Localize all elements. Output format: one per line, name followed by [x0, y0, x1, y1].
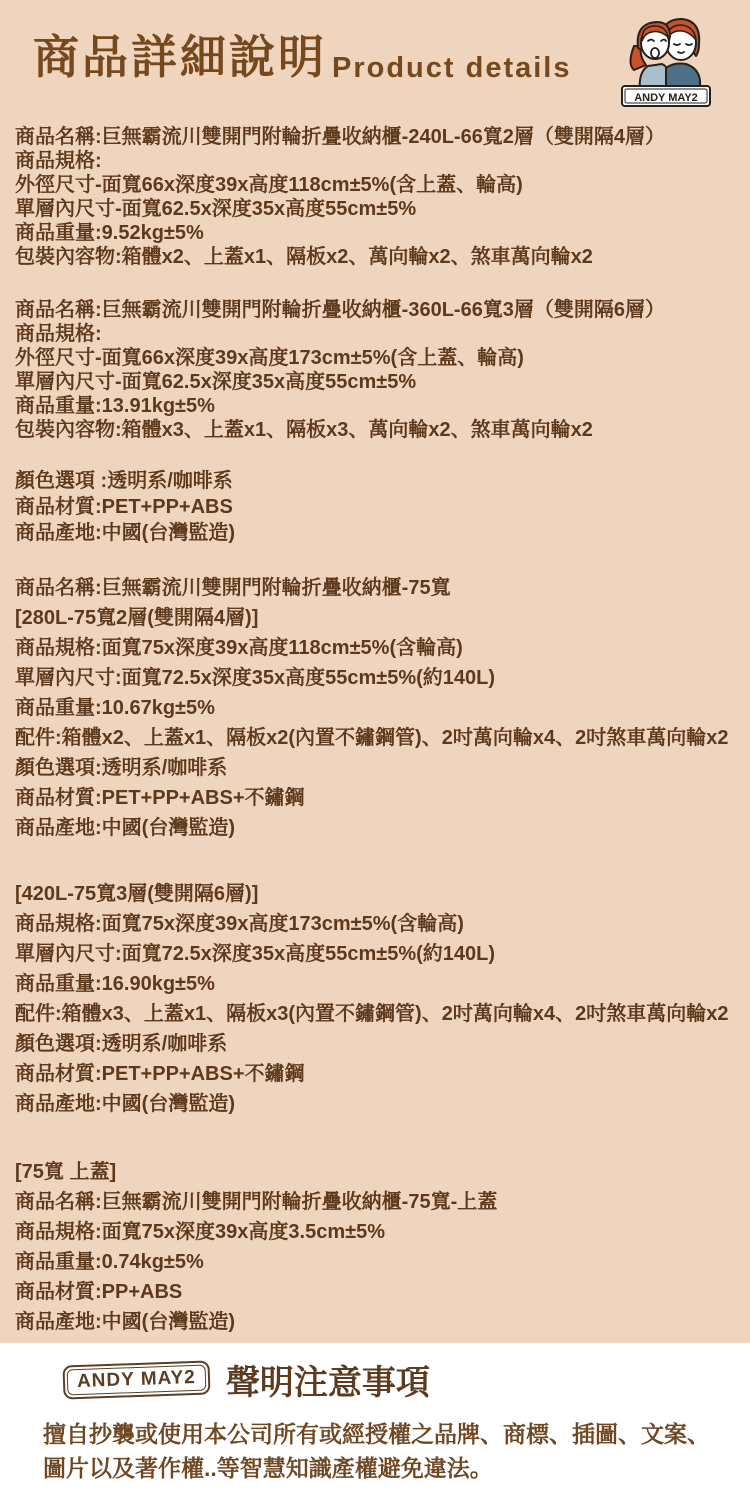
page-subtitle: Product details: [332, 52, 572, 85]
brand-badge: ANDY MAY2: [622, 86, 710, 106]
spec-line: 顏色選項:透明系/咖啡系: [15, 1029, 735, 1059]
product-block-75w-280l: 商品名稱:巨無霸流川雙開門附輪折疊收納櫃-75寬 [280L-75寬2層(雙開隔…: [15, 573, 735, 843]
spec-line: [280L-75寬2層(雙開隔4層)]: [15, 603, 735, 633]
product-block-75w-420l: [420L-75寬3層(雙開隔6層)] 商品規格:面寬75x深度39x高度173…: [15, 879, 735, 1119]
spec-line: 商品重量:10.67kg±5%: [15, 693, 735, 723]
spec-line: 商品重量:9.52kg±5%: [15, 221, 735, 245]
notice-heading: 聲明注意事項: [226, 1355, 430, 1404]
spec-line: 顏色選項:透明系/咖啡系: [15, 753, 735, 783]
spec-line: 單層內尺寸:面寬72.5x深度35x高度55cm±5%(約140L): [15, 663, 735, 693]
spec-line: 顏色選項 :透明系/咖啡系: [15, 468, 735, 494]
spec-line: [420L-75寬3層(雙開隔6層)]: [15, 879, 735, 909]
spec-line: 商品重量:16.90kg±5%: [15, 969, 735, 999]
spec-line: 單層內尺寸-面寬62.5x深度35x高度55cm±5%: [15, 370, 735, 394]
notice-line-1: 擅自抄襲或使用本公司所有或經授權之品牌、商標、插圖、文案、: [43, 1421, 710, 1447]
spec-line: 單層內尺寸:面寬72.5x深度35x高度55cm±5%(約140L): [15, 939, 735, 969]
spec-line: 商品材質:PET+PP+ABS+不鏽鋼: [15, 783, 735, 813]
spec-line: 商品產地:中國(台灣監造): [15, 813, 735, 843]
spec-line: 商品名稱:巨無霸流川雙開門附輪折疊收納櫃-360L-66寬3層（雙開隔6層）: [15, 298, 735, 322]
spec-line: 配件:箱體x2、上蓋x1、隔板x2(內置不鏽鋼管)、2吋萬向輪x4、2吋煞車萬向…: [15, 723, 735, 753]
spec-line: 商品規格:面寬75x深度39x高度118cm±5%(含輪高): [15, 633, 735, 663]
spec-line: 商品產地:中國(台灣監造): [15, 520, 735, 546]
spec-line: 商品重量:0.74kg±5%: [15, 1247, 735, 1277]
product-block-360l: 商品名稱:巨無霸流川雙開門附輪折疊收納櫃-360L-66寬3層（雙開隔6層） 商…: [15, 298, 735, 442]
product-block-75w-lid: [75寬 上蓋] 商品名稱:巨無霸流川雙開門附輪折疊收納櫃-75寬-上蓋 商品規…: [15, 1157, 735, 1337]
spec-line: 商品名稱:巨無霸流川雙開門附輪折疊收納櫃-75寬-上蓋: [15, 1187, 735, 1217]
spec-line: 單層內尺寸-面寬62.5x深度35x高度55cm±5%: [15, 197, 735, 221]
page-title: 商品詳細說明: [33, 34, 327, 80]
spec-line: 商品產地:中國(台灣監造): [15, 1089, 735, 1119]
spec-line: 包裝內容物:箱體x3、上蓋x1、隔板x3、萬向輪x2、煞車萬向輪x2: [15, 418, 735, 442]
spec-line: 商品重量:13.91kg±5%: [15, 394, 735, 418]
spec-line: 商品材質:PET+PP+ABS+不鏽鋼: [15, 1059, 735, 1089]
spec-line: [75寬 上蓋]: [15, 1157, 735, 1187]
spec-line: 外徑尺寸-面寬66x深度39x高度118cm±5%(含上蓋、輪高): [15, 173, 735, 197]
product-details-page: 商品詳細說明 Product details: [0, 0, 750, 1497]
spec-line: 配件:箱體x3、上蓋x1、隔板x3(內置不鏽鋼管)、2吋萬向輪x4、2吋煞車萬向…: [15, 999, 735, 1029]
spec-line: 包裝內容物:箱體x2、上蓋x1、隔板x2、萬向輪x2、煞車萬向輪x2: [15, 245, 735, 269]
spec-line: 商品規格:: [15, 149, 735, 173]
spec-line: 商品名稱:巨無霸流川雙開門附輪折疊收納櫃-240L-66寬2層（雙開隔4層）: [15, 125, 735, 149]
spec-line: 商品規格:面寬75x深度39x高度3.5cm±5%: [15, 1217, 735, 1247]
spec-line: 商品規格:面寬75x深度39x高度173cm±5%(含輪高): [15, 909, 735, 939]
notice-section: ANDY MAY2 聲明注意事項 擅自抄襲或使用本公司所有或經授權之品牌、商標、…: [0, 1343, 750, 1497]
spec-line: 商品材質:PP+ABS: [15, 1277, 735, 1307]
spec-line: 商品產地:中國(台灣監造): [15, 1307, 735, 1337]
color-material-block: 顏色選項 :透明系/咖啡系 商品材質:PET+PP+ABS 商品產地:中國(台灣…: [15, 468, 735, 546]
spec-line: 外徑尺寸-面寬66x深度39x高度173cm±5%(含上蓋、輪高): [15, 346, 735, 370]
spec-line: 商品材質:PET+PP+ABS: [15, 494, 735, 520]
notice-text: 擅自抄襲或使用本公司所有或經授權之品牌、商標、插圖、文案、 圖片以及著作權..等…: [43, 1417, 720, 1485]
brand-logo: ANDY MAY2: [618, 12, 714, 108]
product-block-240l: 商品名稱:巨無霸流川雙開門附輪折疊收納櫃-240L-66寬2層（雙開隔4層） 商…: [15, 125, 735, 269]
spec-line: 商品規格:: [15, 322, 735, 346]
notice-header-row: ANDY MAY2 聲明注意事項: [0, 1355, 750, 1404]
page-header: 商品詳細說明 Product details: [0, 0, 750, 110]
brand-badge-label: ANDY MAY2: [634, 92, 698, 104]
spec-line: 商品名稱:巨無霸流川雙開門附輪折疊收納櫃-75寬: [15, 573, 735, 603]
notice-line-2: 圖片以及著作權..等智慧知識產權避免違法。: [43, 1455, 493, 1481]
brand-badge: ANDY MAY2: [62, 1360, 210, 1399]
couple-illustration: [631, 19, 701, 92]
product-specs: 商品名稱:巨無霸流川雙開門附輪折疊收納櫃-240L-66寬2層（雙開隔4層） 商…: [0, 125, 750, 1337]
